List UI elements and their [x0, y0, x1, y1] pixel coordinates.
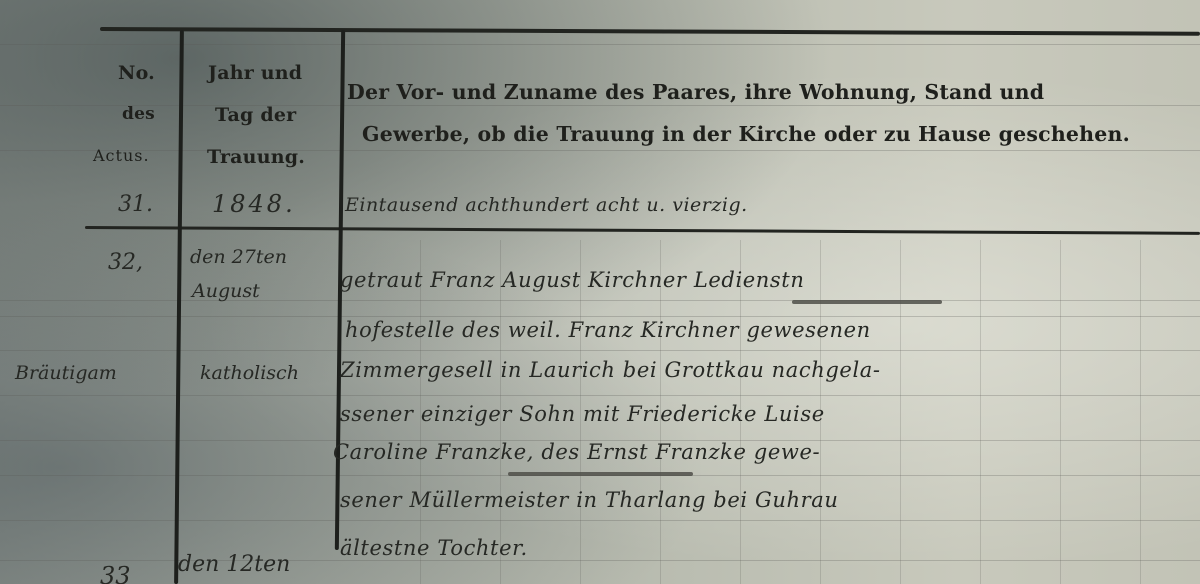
entry-text-line: Caroline Franzke, des Ernst Franzke gewe… [333, 440, 820, 464]
header-bottom-border [85, 226, 1200, 235]
year-in-words: Eintausend achthundert acht u. vierzig. [345, 194, 748, 216]
entry-text-line: hofestelle des weil. Franz Kirchner gewe… [345, 318, 871, 342]
entry-side-label-groom: Bräutigam [15, 362, 117, 384]
header-trauung: Trauung. [207, 146, 305, 168]
header-tag-der: Tag der [215, 104, 296, 126]
top-border [100, 27, 1200, 36]
entry-date-day: den 27ten [190, 246, 287, 268]
entry-text-line: ältestne Tochter. [340, 536, 528, 560]
register-page: No. des Actus. Jahr und Tag der Trauung.… [0, 0, 1200, 584]
entry-number: 32, [108, 250, 143, 275]
entry-date-day: den 12ten [178, 552, 290, 577]
header-main-line1: Der Vor- und Zuname des Paares, ihre Woh… [347, 80, 1044, 104]
entry-text-line: sener Müllermeister in Tharlang bei Guhr… [340, 488, 838, 512]
header-actus: Actus. [93, 146, 150, 165]
entry-number: 33 [100, 562, 131, 584]
header-jahr-und: Jahr und [208, 62, 302, 84]
underline-surname-kirchner [792, 300, 942, 304]
ruled-column [980, 240, 981, 584]
year-row-year: 1848. [212, 190, 296, 218]
entry-text-line: ssener einziger Sohn mit Friedericke Lui… [340, 402, 825, 426]
ruled-column [1060, 240, 1061, 584]
header-no: No. [118, 62, 155, 84]
column-divider-number [174, 30, 184, 584]
year-row-number: 31. [118, 192, 153, 217]
entry-text-line: Zimmergesell in Laurich bei Grottkau nac… [340, 358, 881, 382]
ruled-column [900, 240, 901, 584]
underline-surname-franzke [508, 472, 693, 476]
ruled-column [1140, 240, 1141, 584]
entry-religion: katholisch [200, 362, 299, 384]
entry-text-line: getraut Franz August Kirchner Ledienstn [340, 268, 804, 292]
ruled-line [0, 520, 1200, 521]
header-main-line2: Gewerbe, ob die Trauung in der Kirche od… [362, 122, 1130, 146]
entry-date-month: August [192, 280, 260, 302]
header-des: des [122, 104, 155, 124]
